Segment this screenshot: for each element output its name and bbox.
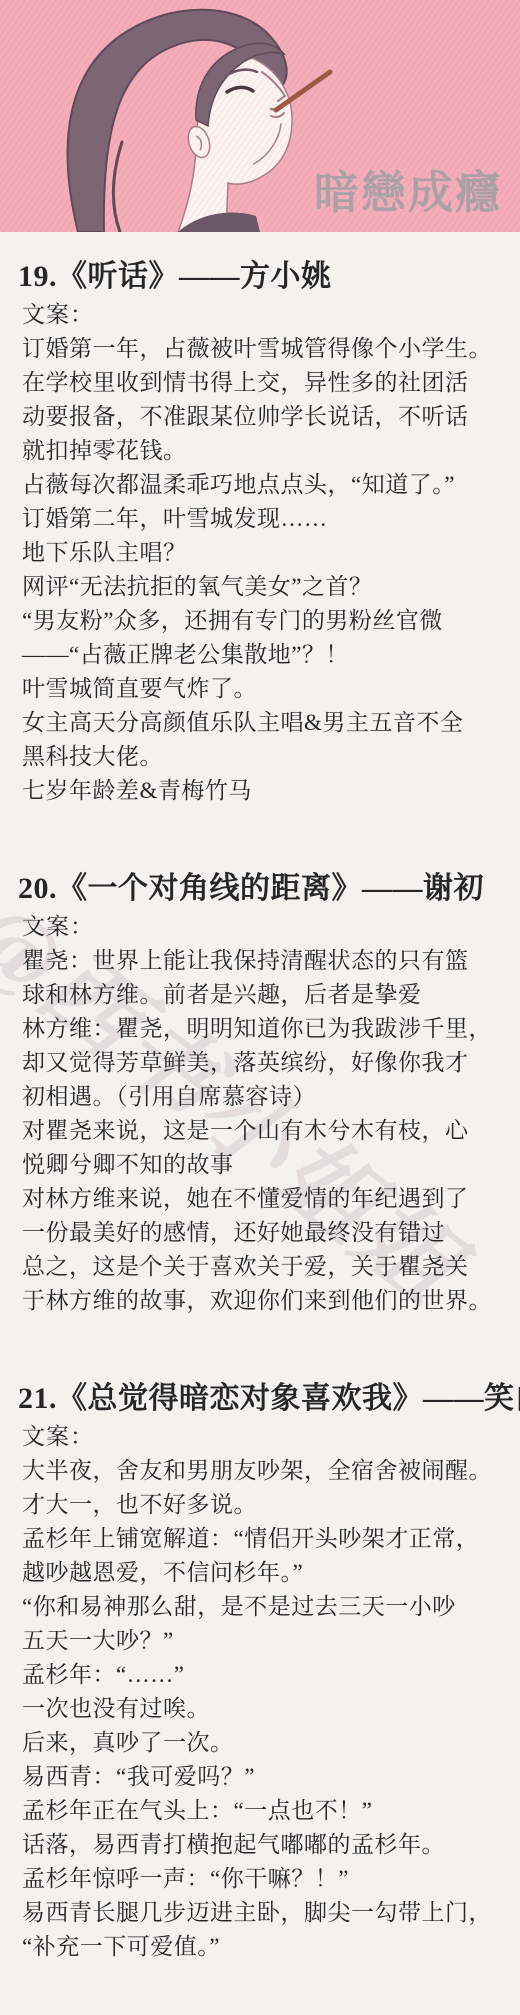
blurb-line: 订婚第一年，占薇被叶雪城管得像个小学生。 xyxy=(22,332,520,366)
blurb-line: 孟杉年惊呼一声：“你干嘛？！” xyxy=(22,1862,520,1896)
blurb-line: 后来，真吵了一次。 xyxy=(22,1726,520,1760)
blurb-line: 总之，这是个关于喜欢关于爱，关于瞿尧关 xyxy=(22,1250,520,1284)
blurb-line: “你和易神那么甜，是不是过去三天一小吵 xyxy=(22,1590,520,1624)
blurb-line: 孟杉年：“……” xyxy=(22,1658,520,1692)
blurb-line: 易西青长腿几步迈进主卧，脚尖一勾带上门， xyxy=(22,1896,520,1930)
blurb-line: 对瞿尧来说，这是一个山有木兮木有枝，心 xyxy=(22,1114,520,1148)
blurb-line: 才大一，也不好多说。 xyxy=(22,1488,520,1522)
blurb-line: “补充一下可爱值。” xyxy=(22,1930,520,1964)
blurb-lines: 大半夜，舍友和男朋友吵架，全宿舍被闹醒。才大一，也不好多说。孟杉年上铺宽解道：“… xyxy=(22,1454,520,1964)
blurb-line: 孟杉年上铺宽解道：“情侣开头吵架才正常， xyxy=(22,1522,520,1556)
blurb-line: 大半夜，舍友和男朋友吵架，全宿舍被闹醒。 xyxy=(22,1454,520,1488)
blurb-line: 订婚第二年，叶雪城发现…… xyxy=(22,502,520,536)
blurb-line: “男友粉”众多，还拥有专门的男粉丝官微 xyxy=(22,604,520,638)
book-entry-19: 19.《听话》——方小姚 文案： 订婚第一年，占薇被叶雪城管得像个小学生。在学校… xyxy=(22,258,520,808)
blurb-line: 女主高天分高颜值乐队主唱&男主五音不全 xyxy=(22,706,520,740)
blurb-line: 叶雪城简直要气炸了。 xyxy=(22,672,520,706)
blurb-label: 文案： xyxy=(22,910,520,944)
blurb-line: 初相遇。（引用自席慕容诗） xyxy=(22,1080,520,1114)
blurb-line: 一份最美好的感情，还好她最终没有错过 xyxy=(22,1216,520,1250)
blurb-line: 对林方维来说，她在不懂爱情的年纪遇到了 xyxy=(22,1182,520,1216)
blurb-line: 却又觉得芳草鲜美，落英缤纷，好像你我才 xyxy=(22,1046,520,1080)
book-entry-20: 20.《一个对角线的距离》——谢初 文案： 瞿尧：世界上能让我保持清醒状态的只有… xyxy=(22,870,520,1318)
blurb-line: 七岁年龄差&青梅竹马 xyxy=(22,774,520,808)
book-title: 21.《总觉得暗恋对象喜欢我》——笑白竹 xyxy=(18,1380,520,1418)
blurb-line: 占薇每次都温柔乖巧地点点头，“知道了。” xyxy=(22,468,520,502)
blurb-line: 一次也没有过唉。 xyxy=(22,1692,520,1726)
blurb-line: ——“占薇正牌老公集散地”？！ xyxy=(22,638,520,672)
blurb-line: 五天一大吵？” xyxy=(22,1624,520,1658)
book-title: 20.《一个对角线的距离》——谢初 xyxy=(18,870,520,908)
blurb-line: 话落，易西青打横抱起气嘟嘟的孟杉年。 xyxy=(22,1828,520,1862)
blurb-lines: 订婚第一年，占薇被叶雪城管得像个小学生。在学校里收到情书得上交，异性多的社团活动… xyxy=(22,332,520,808)
blurb-line: 在学校里收到情书得上交，异性多的社团活 xyxy=(22,366,520,400)
book-entry-21: 21.《总觉得暗恋对象喜欢我》——笑白竹 文案： 大半夜，舍友和男朋友吵架，全宿… xyxy=(22,1380,520,1964)
blurb-line: 悦卿兮卿不知的故事 xyxy=(22,1148,520,1182)
blurb-line: 网评“无法抗拒的氧气美女”之首？ xyxy=(22,570,520,604)
blurb-line: 球和林方维。前者是兴趣，后者是挚爱 xyxy=(22,978,520,1012)
blurb-lines: 瞿尧：世界上能让我保持清醒状态的只有篮球和林方维。前者是兴趣，后者是挚爱林方维：… xyxy=(22,944,520,1318)
banner: 暗戀成癮 xyxy=(0,0,520,232)
booklist-page: 暗戀成癮 @西书小姐姐 19.《听话》——方小姚 文案： 订婚第一年，占薇被叶雪… xyxy=(0,0,520,2015)
blurb-line: 林方维：瞿尧，明明知道你已为我跋涉千里， xyxy=(22,1012,520,1046)
blurb-line: 孟杉年正在气头上：“一点也不！” xyxy=(22,1794,520,1828)
blurb-line: 黑科技大佬。 xyxy=(22,740,520,774)
blurb-line: 瞿尧：世界上能让我保持清醒状态的只有篮 xyxy=(22,944,520,978)
blurb-line: 地下乐队主唱？ xyxy=(22,536,520,570)
blurb-label: 文案： xyxy=(22,1420,520,1454)
blurb-line: 就扣掉零花钱。 xyxy=(22,434,520,468)
blurb-line: 动要报备，不准跟某位帅学长说话，不听话 xyxy=(22,400,520,434)
entry-list: 19.《听话》——方小姚 文案： 订婚第一年，占薇被叶雪城管得像个小学生。在学校… xyxy=(0,232,520,1964)
blurb-line: 易西青：“我可爱吗？” xyxy=(22,1760,520,1794)
blurb-line: 于林方维的故事，欢迎你们来到他们的世界。 xyxy=(22,1284,520,1318)
banner-title: 暗戀成癮 xyxy=(314,170,502,215)
blurb-label: 文案： xyxy=(22,298,520,332)
book-title: 19.《听话》——方小姚 xyxy=(18,258,520,296)
blurb-line: 越吵越恩爱，不信问杉年。” xyxy=(22,1556,520,1590)
